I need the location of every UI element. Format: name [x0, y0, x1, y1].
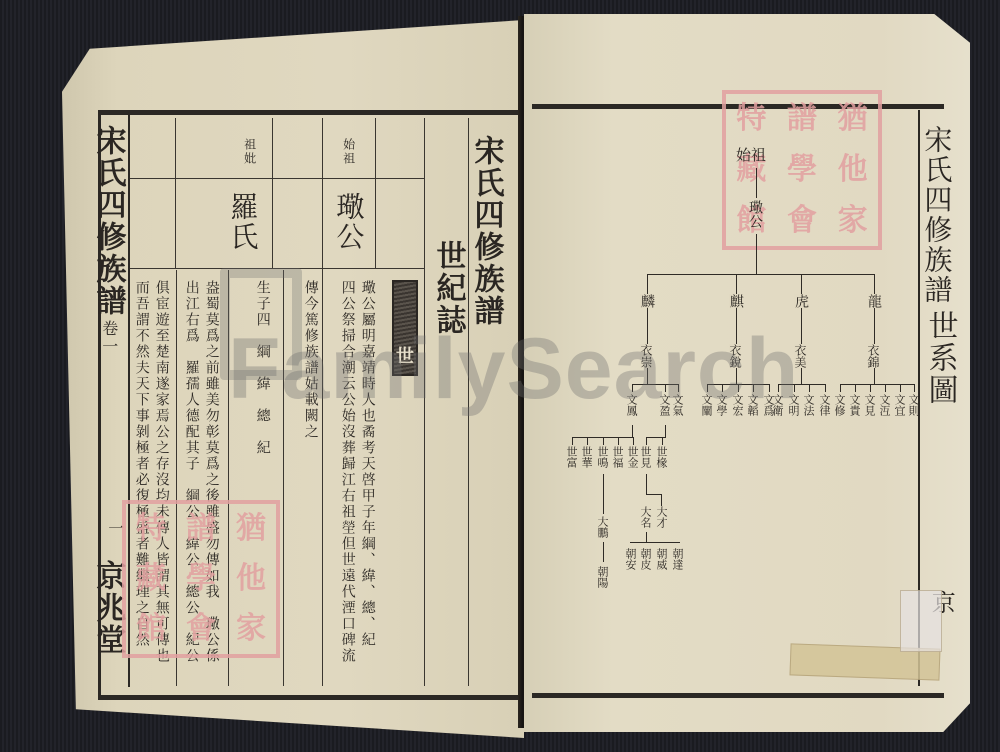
gen7-node: 朝陽 — [597, 566, 608, 588]
tree-line — [855, 384, 856, 392]
gen5-node: 世金 — [627, 446, 638, 468]
tree-line — [646, 532, 647, 542]
tree-line — [900, 384, 901, 392]
tree-line — [914, 384, 915, 392]
zubi-label: 祖妣 — [243, 138, 256, 166]
gen2-node: 麟 — [640, 294, 654, 308]
tree-line — [603, 437, 604, 445]
left-running-title: 宋氏四修族譜 — [470, 135, 502, 327]
gen4-node: 文則 — [908, 394, 919, 416]
tree-line — [633, 437, 634, 445]
right-section-title: 世系圖 — [924, 310, 956, 406]
library-seal-left: 特譜猶 藏學他 館會家 — [122, 500, 280, 658]
right-running-title: 宋氏四修族譜 — [922, 125, 951, 305]
tree-line — [618, 437, 619, 445]
tree-line — [603, 542, 604, 562]
gen4-node: 文法 — [803, 394, 814, 416]
gen6-node: 大才 — [656, 506, 667, 528]
tree-line — [840, 384, 841, 392]
gen5-node: 世見 — [640, 446, 651, 468]
left-margin-page-number: 一 — [106, 520, 123, 538]
gen4-node: 文宜 — [894, 394, 905, 416]
tree-line — [885, 384, 886, 392]
tree-line — [647, 274, 875, 275]
tree-line — [661, 494, 662, 506]
tree-line — [756, 168, 757, 198]
zubi-name: 羅氏 — [228, 192, 257, 252]
tree-line — [603, 474, 604, 514]
tree-line — [840, 384, 914, 385]
repair-tape — [900, 590, 942, 652]
tree-line — [809, 384, 810, 392]
gen7-node: 朝皮 — [640, 548, 651, 570]
gen7-node: 朝安 — [625, 548, 636, 570]
gen2-node: 龍 — [867, 294, 881, 308]
tree-line — [870, 384, 871, 392]
gen6-node: 大名 — [640, 506, 651, 528]
gen4-node: 文律 — [819, 394, 830, 416]
tree-root-name: 璥公 — [748, 200, 762, 228]
tree-line — [646, 437, 666, 438]
gen5-node: 世華 — [581, 446, 592, 468]
gen5-node: 世福 — [612, 446, 623, 468]
shizu-label: 始祖 — [342, 138, 355, 166]
gen7-node: 朝威 — [656, 548, 667, 570]
gen3-node: 衣錦 — [867, 344, 879, 368]
left-margin-volume: 卷一 — [100, 320, 117, 356]
familysearch-watermark: FamilySearch — [228, 320, 799, 419]
table-rule — [272, 118, 273, 268]
tree-line — [646, 474, 647, 494]
gen2-node: 虎 — [794, 294, 808, 308]
left-margin-hall-name: 京兆堂 — [92, 560, 124, 656]
gen2-node: 麒 — [729, 294, 743, 308]
gen4-node: 文修 — [834, 394, 845, 416]
gen5-node: 世鳴 — [597, 446, 608, 468]
gen5-node: 世富 — [566, 446, 577, 468]
gen4-node: 文見 — [864, 394, 875, 416]
tree-line — [646, 437, 647, 445]
tree-root-label: 始祖 — [736, 148, 766, 163]
gen4-node: 文沍 — [879, 394, 890, 416]
library-seal-right: 特譜猶 藏學他 館會家 — [722, 90, 882, 250]
tree-line — [665, 425, 666, 437]
tree-line — [646, 494, 661, 495]
tree-line — [587, 437, 588, 445]
left-margin-book-title: 宋氏四修族譜 — [92, 125, 124, 317]
tree-line — [572, 437, 573, 445]
gen7-node: 朝達 — [672, 548, 683, 570]
tree-line — [632, 425, 633, 437]
shizu-name: 璥公 — [334, 192, 363, 252]
tree-line — [630, 542, 680, 543]
table-rule — [375, 118, 376, 268]
table-rule — [175, 118, 176, 268]
gen4-node: 文貴 — [849, 394, 860, 416]
tree-line — [825, 384, 826, 392]
gen6-node: 大鵬 — [597, 516, 608, 538]
tree-line — [756, 234, 757, 274]
gen5-node: 世椽 — [656, 446, 667, 468]
tree-line — [662, 437, 663, 445]
